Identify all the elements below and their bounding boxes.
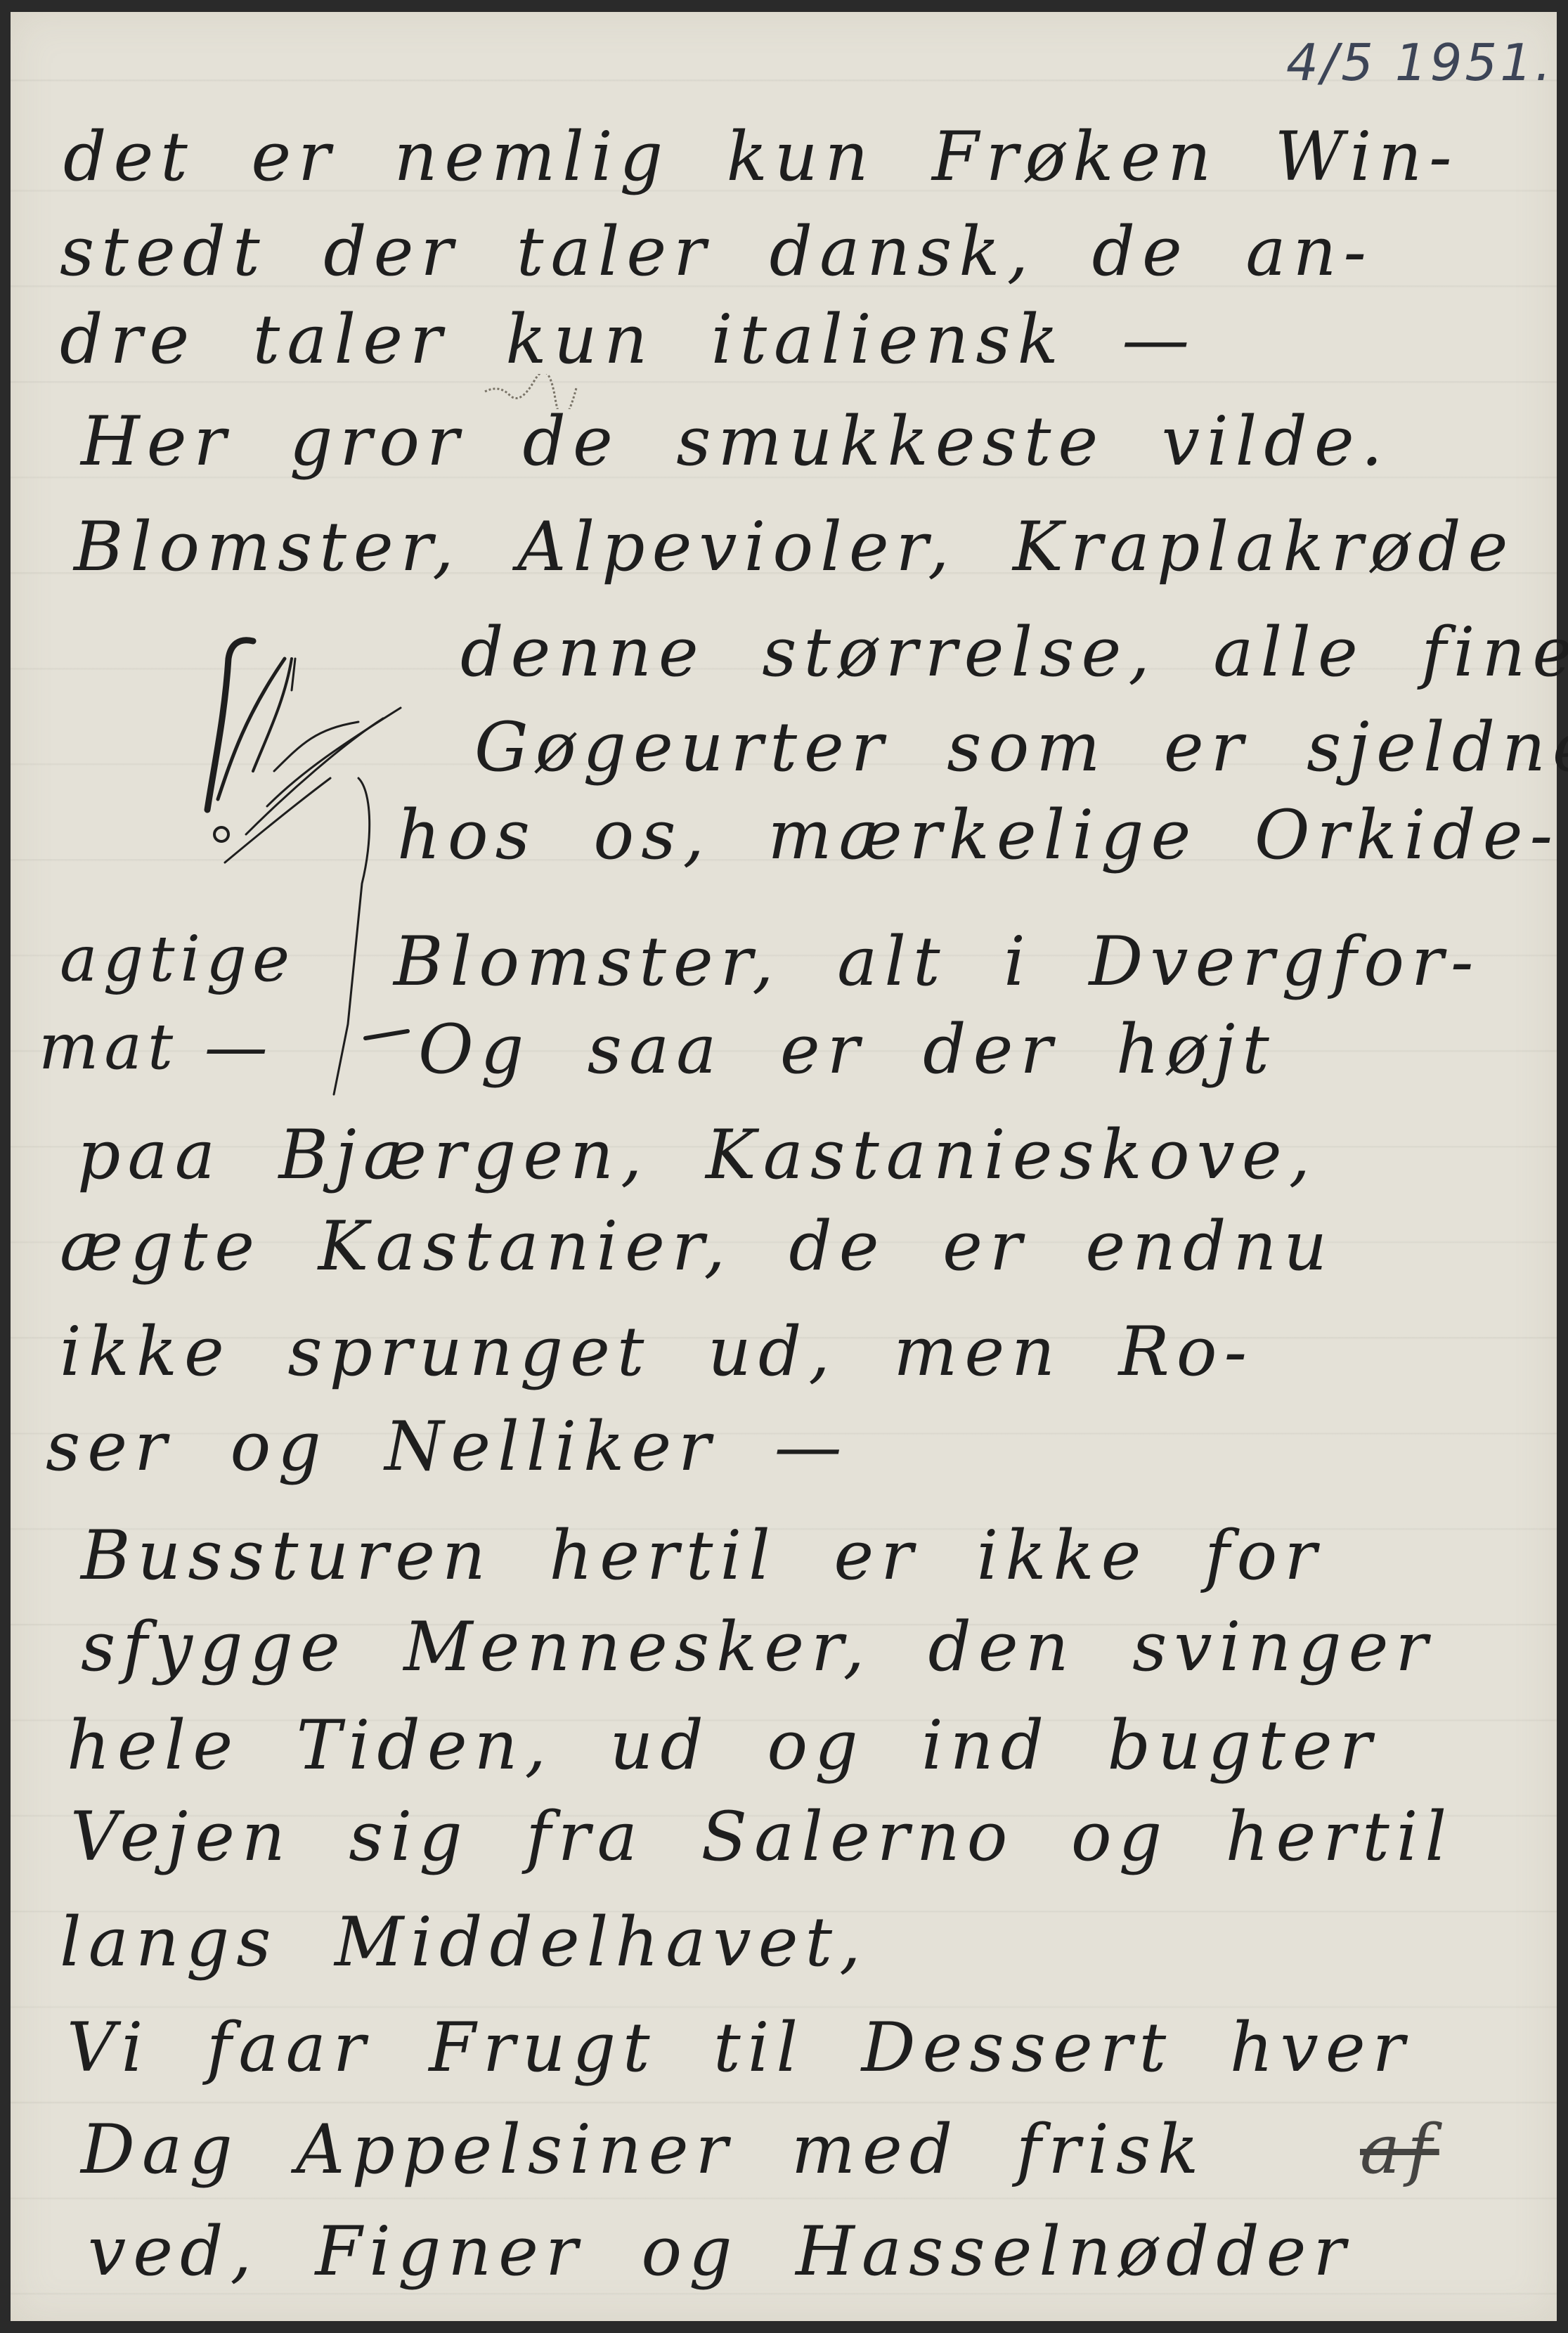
text-line: ægte Kastanier, de er endnu [60, 1207, 1334, 1286]
text-line: denne størrelse, alle fine [460, 613, 1568, 692]
text-line: ser og Nelliker — [46, 1407, 849, 1486]
text-line: Vi faar Frugt til Dessert hver [67, 2008, 1412, 2087]
text-line: Vejen sig fra Salerno og hertil [70, 1797, 1453, 1876]
text-line: hos os, mærkelige Orkide- [397, 796, 1560, 874]
letter-date: 4/5 1951. [1286, 33, 1554, 92]
text-line: Dag Appelsiner med frisk [81, 2110, 1205, 2189]
text-line: dre taler kun italiensk — [60, 300, 1196, 379]
margin-note: agtige [60, 922, 295, 996]
text-line: sfygge Mennesker, den svinger [81, 1608, 1434, 1686]
text-line: langs Middelhavet, [60, 1903, 868, 1982]
text-line: Bussturen hertil er ikke for [81, 1516, 1323, 1595]
text-line: det er nemlig kun Frøken Win- [63, 117, 1459, 196]
text-line: ikke sprunget ud, men Ro- [60, 1312, 1254, 1391]
text-line: paa Bjærgen, Kastanieskove, [77, 1116, 1317, 1194]
text-line: stedt der taler dansk, de an- [60, 212, 1373, 291]
letter-page: 4/5 1951. det er nemlig kun Frøken Win- … [11, 12, 1557, 2321]
text-line: Her gror de smukkeste vilde. [81, 402, 1389, 481]
text-line: hele Tiden, ud og ind bugter [67, 1706, 1379, 1785]
text-line: Gøgeurter som er sjeldne [474, 708, 1568, 787]
margin-note: mat — [39, 1010, 273, 1084]
text-line: Blomster, Alpevioler, Kraplakrøde [74, 508, 1515, 586]
text-line: Blomster, alt i Dvergfor- [394, 922, 1480, 1001]
crossed-out-word: af [1360, 2110, 1439, 2189]
text-line: ved, Figner og Hasselnødder [88, 2212, 1352, 2291]
text-line: Og saa er der højt [418, 1010, 1276, 1089]
